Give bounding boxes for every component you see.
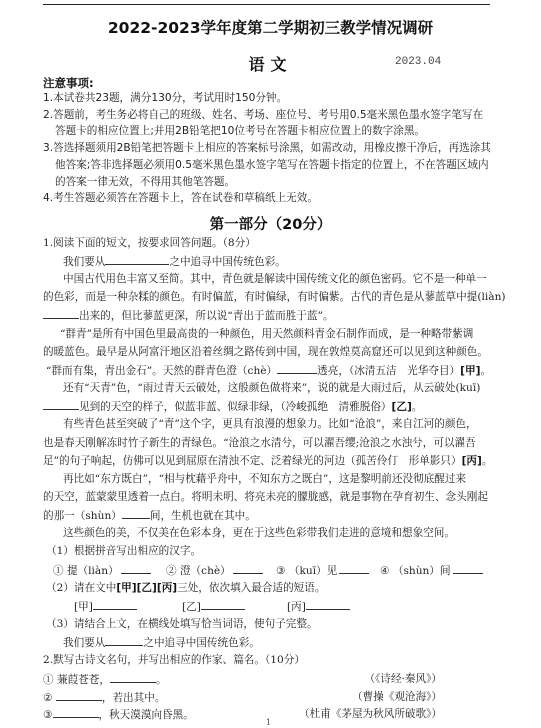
note-item: 的答案一律无效，不得用其他笔答题。: [55, 175, 235, 189]
mark-bing: [丙]: [462, 455, 482, 467]
note-item: 答题卡的相应位置上;并用2B铅笔把10位考号在答题卡相应位置上的数字涂黑。: [55, 124, 425, 138]
answer-blank[interactable]: [56, 690, 102, 701]
answer-blank[interactable]: [110, 672, 156, 683]
passage-line: 再比如“东方既白”，“相与枕藉乎舟中，不知东方之既白”，这是黎明前还没彻底醒过来: [63, 472, 466, 486]
item-label: ③ （kuī）见: [276, 565, 337, 577]
mark-jia: [甲]: [460, 365, 480, 377]
passage-line: 这些颜色的美，不仅美在色彩本身，更在于这些色彩带我们走进的意境和想象空间。: [63, 526, 455, 540]
answer-blank[interactable]: [201, 599, 245, 610]
poem-text: ，若出其中。: [102, 692, 166, 704]
answer-blank[interactable]: [105, 254, 169, 265]
subquestion-1-item: ③ （kuī）见: [276, 563, 369, 578]
passage-line: 的色彩，而是一种杂糅的颜色。有时偏蓝，有时偏绿，有时偏紫。古代的青色是从蓼蓝草中…: [43, 290, 506, 304]
item-label: [丙]: [287, 601, 306, 613]
item-label: ① 提（liàn）: [53, 565, 119, 577]
answer-blank[interactable]: [105, 635, 143, 646]
subquestion-1-item: ② 澄（chè）: [166, 563, 263, 578]
section-title: 第一部分（20分）: [0, 213, 541, 234]
exam-date: 2023.04: [395, 56, 441, 68]
question-2-prompt: 2.默写古诗文名句，并写出相应的作家、篇名。（10分）: [43, 653, 305, 667]
answer-blank[interactable]: [233, 563, 263, 574]
subquestion-1-item: ① 提（liàn）: [53, 563, 151, 578]
passage-text: 间，生机也就在其中。: [150, 510, 256, 522]
subject-title: 语文: [0, 52, 541, 75]
passage-line: 的那一（shùn）间，生机也就在其中。: [43, 508, 256, 523]
subquestion-1: （1）根据拼音写出相应的汉字。: [46, 544, 201, 558]
page-number: 1: [266, 718, 271, 727]
passage-line: 足”的句子响起，仿佛可以见到屈原在清浊不定、泛着绿光的河边（孤苦伶仃 形单影只）…: [43, 454, 492, 468]
answer-blank[interactable]: [53, 707, 99, 718]
item-label: [乙]: [182, 601, 201, 613]
passage-line: 的天空，蓝蒙蒙里透着一点白。将明未明、将亮未亮的朦胧感，就是事物在孕育初生、念头…: [43, 490, 488, 504]
note-item: 2.答题前，考生务必将自己的班级、姓名、考场、座位号、考号用0.5毫米黑色墨水签…: [43, 108, 483, 122]
subquestion-2: （2）请在文中[甲][乙][丙]三处，依次填入最合适的短语。: [46, 581, 325, 595]
answer-blank[interactable]: [43, 308, 79, 319]
marks: [甲][乙][丙]: [116, 582, 177, 594]
item-label: ② 澄（chè）: [166, 565, 231, 577]
poem-text: 。: [156, 674, 167, 686]
lead-text: 我们要从: [63, 256, 105, 268]
poem-line: ② ，若出其中。: [43, 690, 165, 705]
question-1-prompt: 1.阅读下面的短文，按要求回答问题。（8分）: [43, 236, 256, 250]
passage-text: 出来的，但比蓼蓝更深，所以说“青出于蓝而胜于蓝”。: [79, 310, 334, 322]
passage-line: 出来的，但比蓼蓝更深，所以说“青出于蓝而胜于蓝”。: [43, 308, 334, 323]
note-item: 他答案;答非选择题必须用0.5毫米黑色墨水签字笔写在答题卡指定的位置上，不在答题…: [55, 158, 489, 172]
subq-text: （2）请在文中: [46, 582, 116, 594]
question-1-lead: 我们要从之中追寻中国传统色彩。: [63, 254, 286, 269]
poem-line: ③，秋天漠漠向昏黑。: [43, 707, 194, 722]
poem-line: ① 蒹葭苍苍，。: [43, 672, 167, 687]
note-item: 4.考生答题必须答在答题卡上，答在试卷和草稿纸上无效。: [43, 191, 318, 205]
passage-text: 见到的天空的样子，似蓝非蓝、似绿非绿，（冷峻孤绝 清雅脱俗）: [79, 401, 392, 413]
poem-text: 蒹葭苍苍，: [57, 674, 110, 686]
subquestion-3: （3）请结合上文，在横线处填写恰当词语，使句子完整。: [46, 617, 318, 631]
top-rule: [43, 4, 490, 5]
note-item: 3.答选择题须用2B铅笔把答题卡上相应的答案标号涂黑，如需改动，用橡皮擦干净后，…: [43, 141, 491, 155]
passage-line: 也是春天刚解冻时竹子新生的青绿色。“沧浪之水清兮，可以濯吾缨;沧浪之水浊兮，可以…: [43, 436, 476, 450]
passage-line: 的暖蓝色。最早是从阿富汗地区沿着丝绸之路传到中国，现在敦煌莫高窟还可以见到这种颜…: [43, 345, 488, 359]
answer-blank[interactable]: [122, 508, 150, 519]
answer-blank[interactable]: [93, 599, 137, 610]
mark-yi: [乙]: [392, 401, 412, 413]
passage-text: “群而有集，青出金石”。天然的群青色澄（chè）: [46, 365, 277, 377]
passage-line: “群而有集，青出金石”。天然的群青色澄（chè）透亮，（冰清五洁 光华夺目）[甲…: [46, 363, 491, 378]
subquestion-3-line: 我们要从之中追寻中国传统色彩。: [63, 635, 260, 650]
exam-title: 2022-2023学年度第二学期初三教学情况调研: [0, 16, 541, 38]
poem-source: （《诗经·秦风》）: [300, 672, 442, 686]
answer-blank[interactable]: [277, 363, 317, 374]
note-item: 1.本试卷共23题，满分130分，考试用时150分钟。: [43, 91, 287, 105]
answer-blank[interactable]: [121, 563, 151, 574]
answer-blank[interactable]: [306, 599, 350, 610]
answer-blank[interactable]: [43, 399, 79, 410]
passage-line: 见到的天空的样子，似蓝非蓝、似绿非绿，（冷峻孤绝 清雅脱俗）[乙]。: [43, 399, 422, 414]
answer-blank[interactable]: [339, 563, 369, 574]
passage-line: 有些青色甚至突破了“青”这个字，更具有浪漫的想象力。比如“沧浪”，来自江河的颜色…: [63, 417, 477, 431]
passage-line: 还有“天青”色，“雨过青天云破处，这般颜色做将来”，说的就是大雨过后，从云破处(…: [63, 381, 480, 395]
item-label: [甲]: [74, 601, 93, 613]
subq-text: 三处，依次填入最合适的短语。: [177, 582, 325, 594]
poem-source: （曹操《观沧海》）: [300, 690, 442, 704]
subq-text: 之中追寻中国传统色彩。: [143, 637, 260, 649]
poem-source: （杜甫《茅屋为秋风所破歌》）: [270, 707, 442, 721]
subquestion-2-item: [丙]: [287, 599, 350, 614]
item-num: ①: [43, 674, 54, 686]
subquestion-1-item: ④ （shùn）间: [380, 563, 483, 578]
lead-text: 之中追寻中国传统色彩。: [169, 256, 286, 268]
subquestion-2-item: [甲]: [74, 599, 137, 614]
passage-text: 透亮，（冰清五洁 光华夺目）: [317, 365, 460, 377]
passage-line: 中国古代用色丰富又至简。其中，青色就是解读中国传统文化的颜色密码。它不是一种单一: [63, 272, 487, 286]
item-label: ④ （shùn）间: [380, 565, 451, 577]
notes-heading: 注意事项:: [43, 75, 94, 91]
subq-text: 我们要从: [63, 637, 105, 649]
item-num: ②: [43, 692, 53, 704]
answer-blank[interactable]: [453, 563, 483, 574]
subquestion-2-item: [乙]: [182, 599, 245, 614]
passage-text: 足”的句子响起，仿佛可以见到屈原在清浊不定、泛着绿光的河边（孤苦伶仃 形单影只）: [43, 455, 462, 467]
passage-text: 的那一（shùn）: [43, 510, 122, 522]
poem-text: ，秋天漠漠向昏黑。: [99, 709, 194, 721]
item-num: ③: [43, 709, 53, 721]
passage-line: “群青”是所有中国色里最高贵的一种颜色，用天然颜料青金石制作而成，是一种略带紫调: [60, 327, 473, 341]
